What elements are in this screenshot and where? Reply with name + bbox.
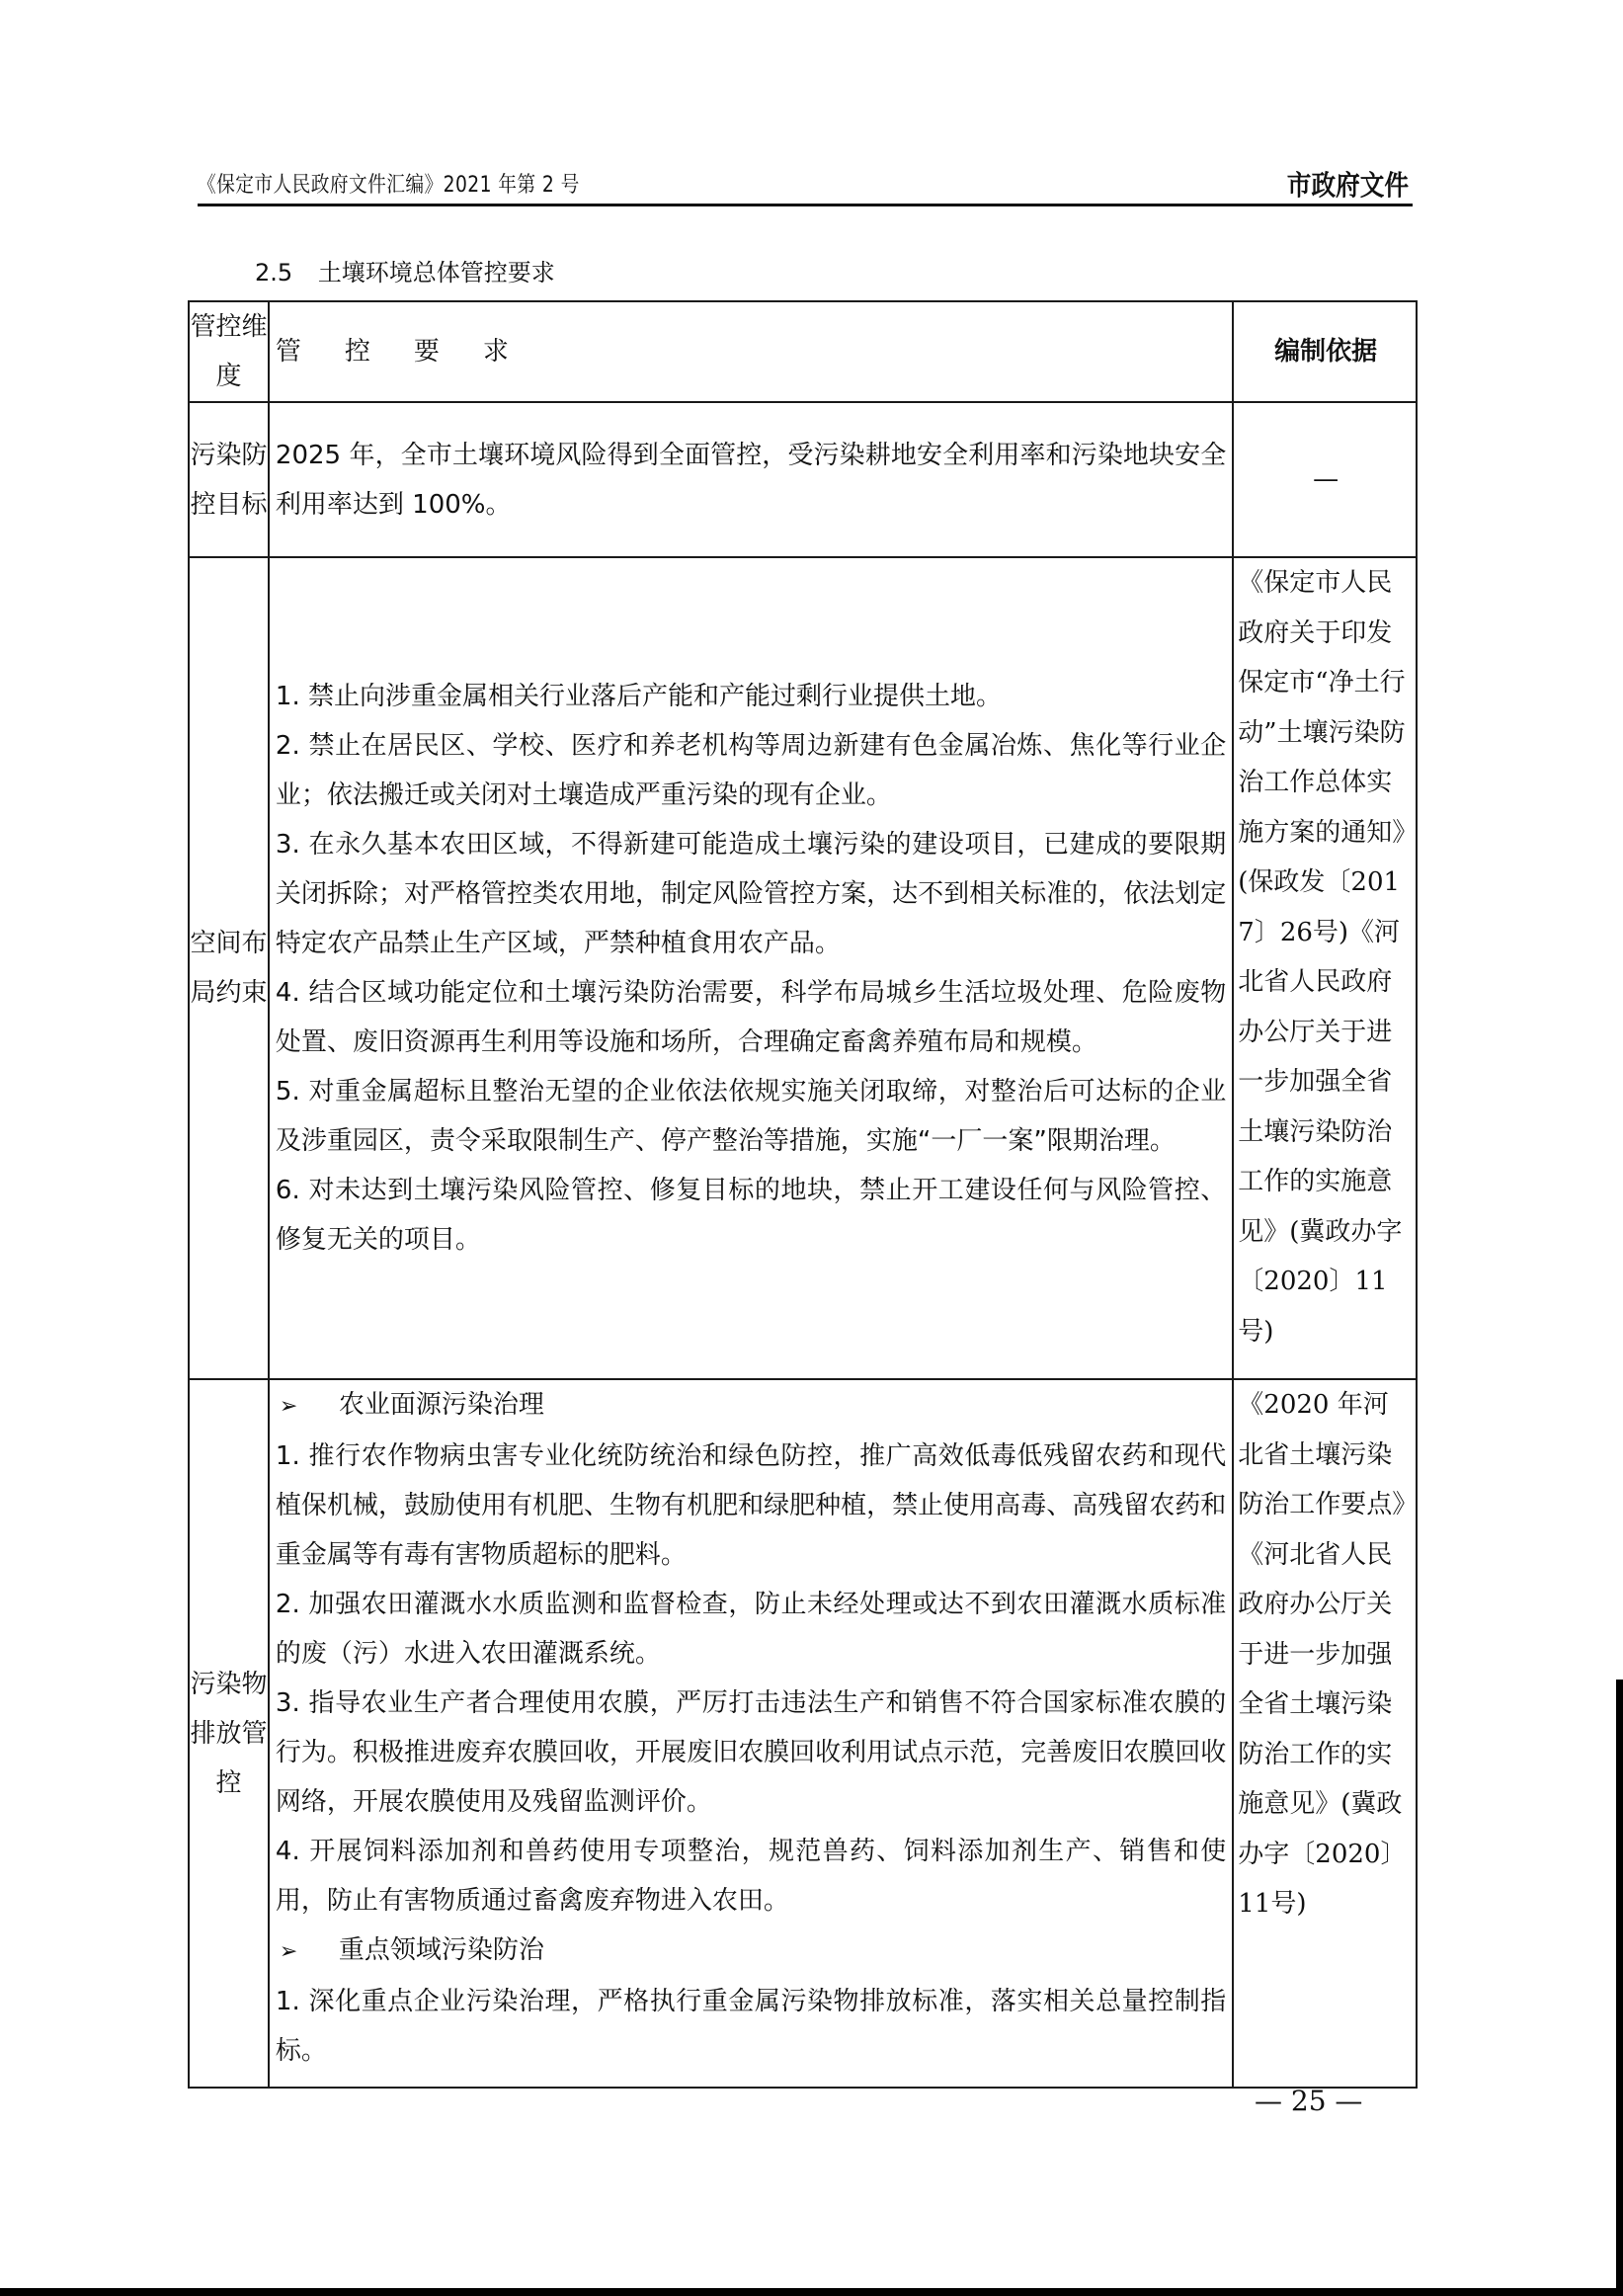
arrow-bullet-icon: ➢ xyxy=(276,1927,339,1977)
requirement-item: 3. 在永久基本农田区域，不得新建可能造成土壤污染的建设项目，已建成的要限期关闭… xyxy=(276,820,1226,968)
table-row-pollution-target: 污染防控目标 2025 年，全市土壤环境风险得到全面管控，受污染耕地安全利用率和… xyxy=(189,402,1417,557)
column-header-dimension: 管控维度 xyxy=(189,301,269,402)
requirements-cell: 1. 禁止向涉重金属相关行业落后产能和产能过剩行业提供土地。 2. 禁止在居民区… xyxy=(269,557,1233,1379)
requirements-cell: 2025 年，全市土壤环境风险得到全面管控，受污染耕地安全利用率和污染地块安全利… xyxy=(269,402,1233,557)
requirement-item: 2. 禁止在居民区、学校、医疗和养老机构等周边新建有色金属冶炼、焦化等行业企业；… xyxy=(276,721,1226,820)
requirement-item: 2. 加强农田灌溉水水质监测和监督检查，防止未经处理或达不到农田灌溉水质标准的废… xyxy=(276,1580,1226,1679)
section-number: 2.5 xyxy=(255,259,292,287)
requirements-cell: ➢农业面源污染治理 1. 推行农作物病虫害专业化统防统治和绿色防控，推广高效低毒… xyxy=(269,1379,1233,2088)
requirement-item: 4. 开展饲料添加剂和兽药使用专项整治，规范兽药、饲料添加剂生产、销售和使用，防… xyxy=(276,1827,1226,1926)
requirement-item: 1. 推行农作物病虫害专业化统防统治和绿色防控，推广高效低毒低残留农药和现代植保… xyxy=(276,1432,1226,1580)
basis-cell: — xyxy=(1233,402,1417,557)
scan-edge-bottom xyxy=(0,2288,1623,2296)
requirement-text: 2025 年，全市土壤环境风险得到全面管控，受污染耕地安全利用率和污染地块安全利… xyxy=(276,431,1226,530)
arrow-bullet-icon: ➢ xyxy=(276,1382,339,1432)
table-header-row: 管控维度 管控要求 编制依据 xyxy=(189,301,1417,402)
scan-edge-right xyxy=(1616,1680,1623,2296)
table-row-spatial-layout: 空间布局约束 1. 禁止向涉重金属相关行业落后产能和产能过剩行业提供土地。 2.… xyxy=(189,557,1417,1379)
table-row-emission-control: 污染物排放管控 ➢农业面源污染治理 1. 推行农作物病虫害专业化统防统治和绿色防… xyxy=(189,1379,1417,2088)
column-header-basis: 编制依据 xyxy=(1233,301,1417,402)
requirement-item: 4. 结合区域功能定位和土壤污染防治需要，科学布局城乡生活垃圾处理、危险废物处置… xyxy=(276,968,1226,1067)
subsection-heading: ➢重点领域污染防治 xyxy=(276,1926,1226,1977)
column-header-requirements: 管控要求 xyxy=(269,301,1233,402)
dimension-cell: 污染物排放管控 xyxy=(189,1379,269,2088)
subsection-heading: ➢农业面源污染治理 xyxy=(276,1380,1226,1432)
document-category: 市政府文件 xyxy=(1287,164,1409,204)
page-header: 《保定市人民政府文件汇编》2021 年第 2 号 市政府文件 xyxy=(198,164,1413,206)
requirement-item: 1. 深化重点企业污染治理，严格执行重金属污染物排放标准，落实相关总量控制指标。 xyxy=(276,1977,1226,2076)
requirement-item: 6. 对未达到土壤污染风险管控、修复目标的地块，禁止开工建设任何与风险管控、修复… xyxy=(276,1166,1226,1265)
section-title: 土壤环境总体管控要求 xyxy=(318,259,555,287)
requirement-item: 3. 指导农业生产者合理使用农膜，严厉打击违法生产和销售不符合国家标准农膜的行为… xyxy=(276,1679,1226,1827)
publication-title: 《保定市人民政府文件汇编》2021 年第 2 号 xyxy=(198,168,580,199)
basis-cell: 《2020 年河北省土壤污染防治工作要点》《河北省人民政府办公厅关于进一步加强全… xyxy=(1233,1379,1417,2088)
section-heading: 2.5 土壤环境总体管控要求 xyxy=(255,253,555,287)
basis-cell: 《保定市人民政府关于印发保定市“净土行动”土壤污染防治工作总体实施方案的通知》(… xyxy=(1233,557,1417,1379)
dimension-cell: 污染防控目标 xyxy=(189,402,269,557)
dimension-cell: 空间布局约束 xyxy=(189,557,269,1379)
page-number: — 25 — xyxy=(1255,2085,1362,2117)
requirement-item: 5. 对重金属超标且整治无望的企业依法依规实施关闭取缔，对整治后可达标的企业及涉… xyxy=(276,1067,1226,1166)
requirement-item: 1. 禁止向涉重金属相关行业落后产能和产能过剩行业提供土地。 xyxy=(276,672,1226,721)
control-requirements-table: 管控维度 管控要求 编制依据 污染防控目标 2025 年，全市土壤环境风险得到全… xyxy=(188,300,1418,2089)
